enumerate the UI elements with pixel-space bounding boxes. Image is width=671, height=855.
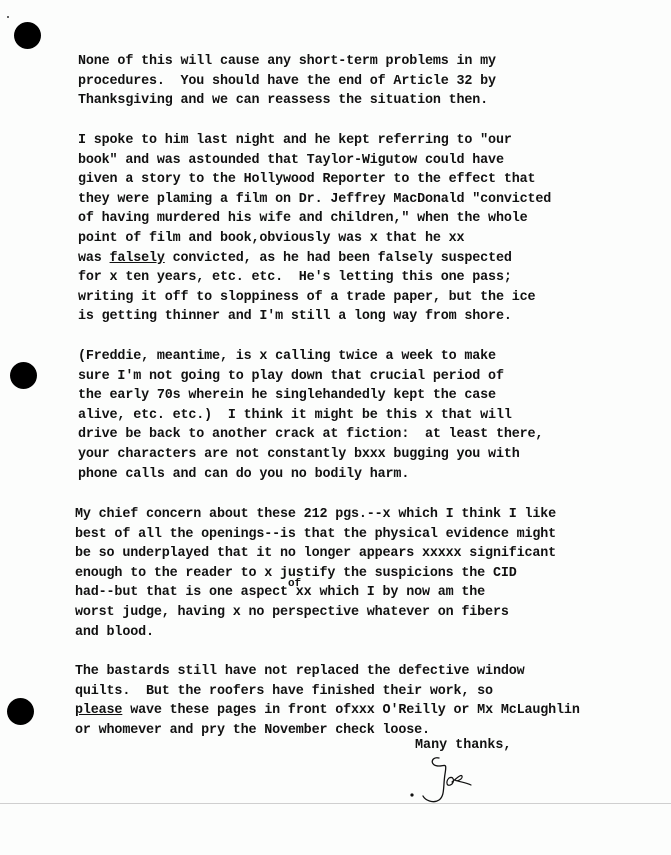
text-line: alive, etc. etc.) I think it might be th… [78,406,543,426]
text-line: is getting thinner and I'm still a long … [78,307,551,327]
underlined-text: please [75,703,122,718]
text-line: and blood. [75,623,556,643]
punch-hole [7,698,34,725]
text-line: the early 70s wherein he singlehandedly … [78,386,543,406]
corrected-word: justifyof [280,566,335,581]
text-line: I spoke to him last night and he kept re… [78,131,551,151]
text-line: writing it off to sloppiness of a trade … [78,288,551,308]
text-line: your characters are not constantly bxxx … [78,445,543,465]
text-line: procedures. You should have the end of A… [78,72,496,92]
text-line: None of this will cause any short-term p… [78,52,496,72]
paragraph-5: The bastards still have not replaced the… [75,662,580,740]
paragraph-3: (Freddie, meantime, is x calling twice a… [78,347,543,484]
text-line: had--but that is one aspect xx which I b… [75,583,556,603]
text-line: of having murdered his wife and children… [78,209,551,229]
closing-line: Many thanks, [415,738,511,753]
text-line: phone calls and can do you no bodily har… [78,465,543,485]
text-line: sure I'm not going to play down that cru… [78,367,543,387]
text-line: be so underplayed that it no longer appe… [75,544,556,564]
text-line: enough to the reader to x justifyof the … [75,564,556,584]
paragraph-2: I spoke to him last night and he kept re… [78,131,551,327]
text-line: given a story to the Hollywood Reporter … [78,170,551,190]
page-bottom-rule [0,803,671,804]
interlinear-correction: of [288,575,301,595]
speck [7,16,9,18]
text-line: (Freddie, meantime, is x calling twice a… [78,347,543,367]
text-line: worst judge, having x no perspective wha… [75,603,556,623]
letter-page: None of this will cause any short-term p… [0,0,671,855]
punch-hole [14,22,41,49]
text-line: My chief concern about these 212 pgs.--x… [75,505,556,525]
text-line: The bastards still have not replaced the… [75,662,580,682]
paragraph-4: My chief concern about these 212 pgs.--x… [75,505,556,642]
text-line: quilts. But the roofers have finished th… [75,682,580,702]
text-line: book" and was astounded that Taylor-Wigu… [78,151,551,171]
punch-hole [10,362,37,389]
text-line: best of all the openings--is that the ph… [75,525,556,545]
text-line: please wave these pages in front ofxxx O… [75,701,580,721]
text-line: drive be back to another crack at fictio… [78,425,543,445]
paragraph-1: None of this will cause any short-term p… [78,52,496,111]
text-line: Thanksgiving and we can reassess the sit… [78,91,496,111]
text-line: point of film and book,obviously was x t… [78,229,551,249]
underlined-text: falsely [110,251,165,266]
signature-joe [405,752,515,807]
text-line: was falsely convicted, as he had been fa… [78,249,551,269]
text-line: they were plaming a film on Dr. Jeffrey … [78,190,551,210]
text-line: for x ten years, etc. etc. He's letting … [78,268,551,288]
